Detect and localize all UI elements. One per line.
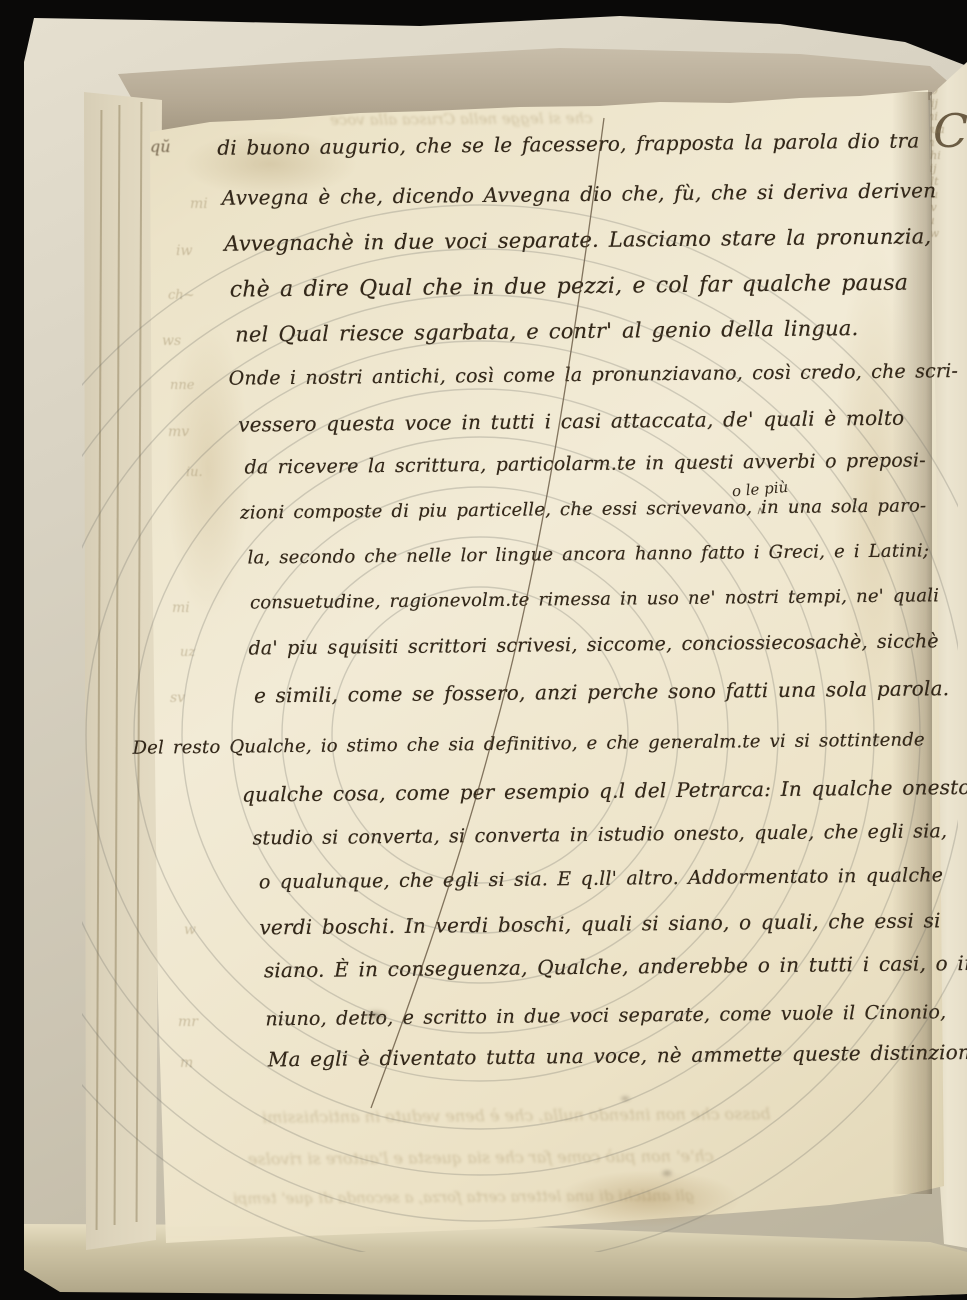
manuscript-line: da' piu squisiti scrittori scrivesi, sic… xyxy=(248,630,939,659)
manuscript-line: vessero questa voce in tutti i casi atta… xyxy=(238,406,904,437)
manuscript-line: studio si converta, si converta in istud… xyxy=(252,820,947,849)
manuscript-line: zioni composte di piu particelle, che es… xyxy=(240,495,926,523)
ink-blot xyxy=(658,1167,676,1179)
handwriting-lines: di buono augurio, che se le facessero, f… xyxy=(0,0,961,2)
ink-blot xyxy=(617,1093,633,1103)
ink-blots xyxy=(0,0,961,2)
manuscript-line: Onde i nostri antichi, così come la pron… xyxy=(229,360,959,390)
manuscript-line: Avvegna è che, dicendo Avvegna dio che, … xyxy=(222,178,937,209)
photograph-manuscript-book: C so chi 10 dij mi qua ln chi sij alt xyxy=(0,0,967,1300)
manuscript-line: consuetudine, ragionevolm.te rimessa in … xyxy=(250,585,939,613)
handwriting-layer: di buono augurio, che se le facessero, f… xyxy=(0,0,967,1300)
manuscript-line: la, secondo che nelle lor lingue ancora … xyxy=(247,540,929,568)
manuscript-line: Del resto Qualche, io stimo che sia defi… xyxy=(132,729,925,758)
ink-blot xyxy=(356,1006,394,1024)
manuscript-line: o qualunque, che egli si sia. E q.ll' al… xyxy=(259,864,943,893)
manuscript-line: di buono augurio, che se le facessero, f… xyxy=(217,128,919,159)
manuscript-line: verdi boschi. In verdi boschi, quali si … xyxy=(259,908,940,939)
manuscript-line: Ma egli è diventato tutta una voce, nè a… xyxy=(268,1040,967,1072)
manuscript-line: siano. È in conseguenza, Qualche, andere… xyxy=(264,951,967,982)
manuscript-line: qualche cosa, come per esempio q.l del P… xyxy=(242,775,967,807)
manuscript-line: da ricevere la scrittura, particolarm.te… xyxy=(245,449,926,478)
manuscript-line: Avvegnachè in due voci separate. Lasciam… xyxy=(224,224,931,255)
insertion-caret: ∧ xyxy=(756,504,764,517)
manuscript-line: nel Qual riesce sgarbata, e contr' al ge… xyxy=(235,316,858,347)
manuscript-line: chè a dire Qual che in due pezzi, e col … xyxy=(230,271,909,303)
manuscript-line: e simili, come se fossero, anzi perche s… xyxy=(254,676,949,707)
ink-blot xyxy=(869,735,883,745)
